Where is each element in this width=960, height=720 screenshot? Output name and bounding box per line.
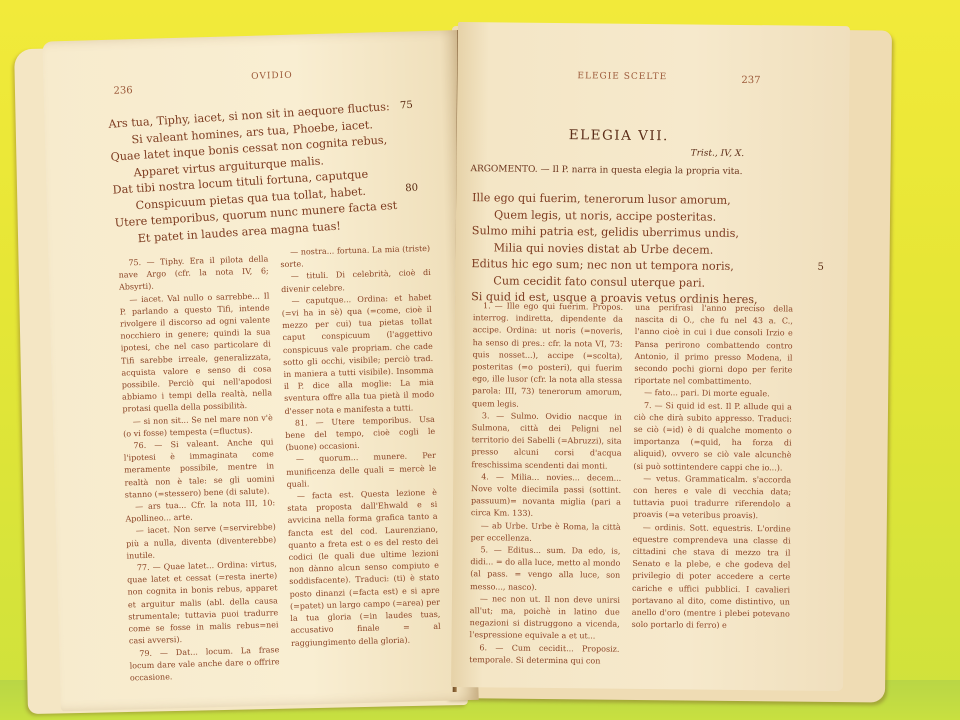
note: — quorum... munere. Per munificenza dell… <box>286 450 437 491</box>
note: — facta est. Questa lezione è stata prop… <box>287 487 441 650</box>
verse-block: Ars tua, Tiphy, iacet, si non sit in aeq… <box>108 99 399 249</box>
notes-column-1: 1. — Ille ego qui fuerim. Propos. interr… <box>469 300 623 668</box>
note: — fato... pari. Di morte eguale. <box>634 387 792 401</box>
note: — iacet. Val nullo o sarrebbe... Il P. p… <box>119 290 272 416</box>
note: — ordinis. Sott. equestris. L'ordine equ… <box>632 522 791 633</box>
running-head: OVIDIO <box>251 71 293 82</box>
right-page: ELEGIE SCELTE 237 ELEGIA VII. Trist., IV… <box>451 22 850 691</box>
elegy-title: ELEGIA VII. <box>569 127 669 144</box>
note: — nec non ut. Il non deve unirsi all'ut;… <box>470 593 621 643</box>
note: 76. — Si valeant. Anche qui l'ipotesi è … <box>123 436 275 501</box>
note: — vetus. Grammaticalm. s'accorda con her… <box>633 473 792 523</box>
note: 75. — Tiphy. Era il pilota della nave Ar… <box>118 253 269 294</box>
note: 7. — Si quid id est. Il P. allude qui a … <box>633 399 792 474</box>
note: 77. — Quae latet... Ordina: virtus, quae… <box>127 558 279 648</box>
note: 4. — Milia... novies... decem... Nove vo… <box>471 471 622 521</box>
running-head: ELEGIE SCELTE <box>577 71 667 82</box>
note: 1. — Ille ego qui fuerim. Propos. interr… <box>472 300 623 411</box>
notes-column-2: una perifrasi l'anno preciso della nasci… <box>632 302 793 633</box>
note: 3. — Sulmo. Ovidio nacque in Sulmona, ci… <box>471 410 622 473</box>
left-page: 236 OVIDIO Ars tua, Tiphy, iacet, si non… <box>42 30 479 711</box>
note: — caputque... Ordina: et habet (=vi ha i… <box>281 292 434 418</box>
note: — ab Urbe. Urbe è Roma, la città per ecc… <box>471 520 621 546</box>
note: una perifrasi l'anno preciso della nasci… <box>634 302 793 389</box>
notes-column-2: — nostra... fortuna. La mia (triste) sor… <box>280 243 441 650</box>
note: 5. — Editus... sum. Da edo, is, didi... … <box>470 544 621 594</box>
notes-column-1: 75. — Tiphy. Era il pilota della nave Ar… <box>118 253 280 684</box>
note: 81. — Utere temporibus. Usa bene del tem… <box>285 414 436 455</box>
note: 79. — Dat... locum. La frase locum dare … <box>129 644 280 685</box>
page-number: 236 <box>113 85 132 97</box>
note: — iacet. Non serve (=servirebbe) più a n… <box>126 522 277 563</box>
note: 6. — Cum cecidit... Proposiz. temporale.… <box>469 642 619 668</box>
page-number: 237 <box>741 75 760 86</box>
source-reference: Trist., IV, X. <box>691 148 745 159</box>
argument-summary: ARGOMENTO. — Il P. narra in questa elegi… <box>470 164 742 177</box>
verse-block: Ille ego qui fuerim, tenerorum lusor amo… <box>471 190 759 308</box>
